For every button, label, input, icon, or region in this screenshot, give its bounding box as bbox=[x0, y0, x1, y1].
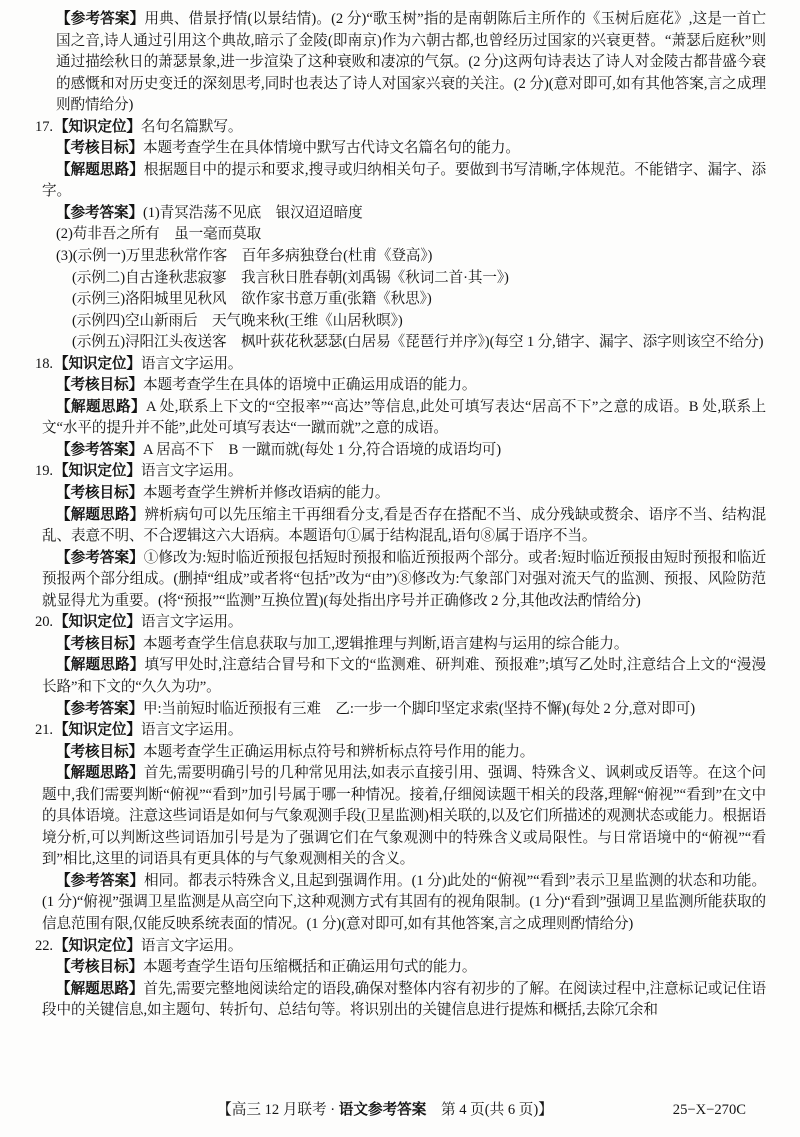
answer-label: 【考核目标】 bbox=[56, 485, 143, 501]
question-item-18: 18.【知识定位】语言文字运用。 【考核目标】本题考查学生在具体的语境中正确运用… bbox=[42, 354, 766, 462]
paragraph: (示例二)自古逢秋悲寂寥 我言秋日胜春朝(刘禹锡《秋词二首·其一》) bbox=[42, 268, 766, 290]
paragraph: 【解题思路】根据题目中的提示和要求,搜寻或归纳相关句子。要做到书写清晰,字体规范… bbox=[42, 160, 766, 203]
paragraph: 【考核目标】本题考查学生信息获取与加工,逻辑推理与判断,语言建构与运用的综合能力… bbox=[42, 634, 766, 656]
item-number: 17. bbox=[35, 119, 54, 135]
item-number: 21. bbox=[35, 722, 54, 738]
question-item-21: 21.【知识定位】语言文字运用。 【考核目标】本题考查学生正确运用标点符号和辨析… bbox=[42, 720, 766, 935]
paragraph: (示例五)浔阳江头夜送客 枫叶荻花秋瑟瑟(白居易《琵琶行并序》)(每空 1 分,… bbox=[42, 332, 766, 354]
footer-page-info: 第 4 页(共 6 页)】 bbox=[426, 1102, 552, 1118]
answer-label: 【知识定位】 bbox=[54, 614, 141, 630]
answer-label: 【参考答案】 bbox=[56, 701, 143, 717]
answer-label: 【参考答案】 bbox=[56, 550, 144, 566]
paragraph: 19.【知识定位】语言文字运用。 bbox=[42, 461, 766, 483]
answer-label: 【参考答案】 bbox=[56, 873, 144, 889]
paragraph: 【解题思路】A 处,联系上下文的“空报率”“高达”等信息,此处可填写表达“居高不… bbox=[42, 397, 766, 440]
item-number: 18. bbox=[35, 356, 54, 372]
answer-label: 【考核目标】 bbox=[56, 636, 143, 652]
answer-label: 【考核目标】 bbox=[56, 744, 143, 760]
paragraph: (示例三)洛阳城里见秋风 欲作家书意万重(张籍《秋思》) bbox=[42, 289, 766, 311]
paragraph-text: 本题考查学生辨析并修改语病的能力。 bbox=[143, 485, 389, 501]
paragraph: 【参考答案】相同。都表示特殊含义,且起到强调作用。(1 分)此处的“俯视”“看到… bbox=[42, 871, 766, 936]
answer-label: 【考核目标】 bbox=[56, 140, 143, 156]
paragraph-text: 根据题目中的提示和要求,搜寻或归纳相关句子。要做到书写清晰,字体规范。不能错字、… bbox=[42, 162, 766, 200]
footer-title-bold: 语文参考答案 bbox=[339, 1102, 427, 1118]
question-item-17: 17.【知识定位】名句名篇默写。 【考核目标】本题考查学生在具体情境中默写古代诗… bbox=[42, 117, 766, 354]
paragraph-text: 用典、借景抒情(以景结情)。(2 分)“歌玉树”指的是南朝陈后主所作的《玉树后庭… bbox=[56, 11, 766, 113]
paragraph-text: (3)(示例一)万里悲秋常作客 百年多病独登台(杜甫《登高》) bbox=[56, 248, 432, 264]
paragraph: 18.【知识定位】语言文字运用。 bbox=[42, 354, 766, 376]
paragraph: 【参考答案】(1)青冥浩荡不见底 银汉迢迢暗度 bbox=[42, 203, 766, 225]
paragraph: (示例四)空山新雨后 天气晚来秋(王维《山居秋暝》) bbox=[42, 311, 766, 333]
paragraph-text: 本题考查学生在具体情境中默写古代诗文名篇名句的能力。 bbox=[143, 140, 520, 156]
answer-label: 【解题思路】 bbox=[56, 399, 146, 415]
paragraph-text: 本题考查学生语句压缩概括和正确运用句式的能力。 bbox=[143, 959, 476, 975]
paragraph: 【考核目标】本题考查学生在具体的语境中正确运用成语的能力。 bbox=[42, 375, 766, 397]
question-item-20: 20.【知识定位】语言文字运用。 【考核目标】本题考查学生信息获取与加工,逻辑推… bbox=[42, 612, 766, 720]
paragraph-text: 首先,需要明确引号的几种常见用法,如表示直接引用、强调、特殊含义、讽刺或反语等。… bbox=[42, 765, 766, 867]
paragraph: 【解题思路】首先,需要完整地阅读给定的语段,确保对整体内容有初步的了解。在阅读过… bbox=[42, 979, 766, 1022]
item-number: 20. bbox=[35, 614, 54, 630]
paragraph: 17.【知识定位】名句名篇默写。 bbox=[42, 117, 766, 139]
paragraph-text: 首先,需要完整地阅读给定的语段,确保对整体内容有初步的了解。在阅读过程中,注意标… bbox=[42, 981, 766, 1019]
answer-label: 【参考答案】 bbox=[56, 11, 144, 27]
paragraph: 【考核目标】本题考查学生在具体情境中默写古代诗文名篇名句的能力。 bbox=[42, 138, 766, 160]
answer-label: 【知识定位】 bbox=[54, 463, 141, 479]
paragraph: 【解题思路】首先,需要明确引号的几种常见用法,如表示直接引用、强调、特殊含义、讽… bbox=[42, 763, 766, 871]
paragraph-text: A 居高不下 B 一蹴而就(每处 1 分,符合语境的成语均可) bbox=[143, 442, 501, 458]
paragraph-text: 本题考查学生信息获取与加工,逻辑推理与判断,语言建构与运用的综合能力。 bbox=[143, 636, 628, 652]
exam-answer-page: 【参考答案】用典、借景抒情(以景结情)。(2 分)“歌玉树”指的是南朝陈后主所作… bbox=[0, 0, 800, 1137]
paragraph-text: A 处,联系上下文的“空报率”“高达”等信息,此处可填写表达“居高不下”之意的成… bbox=[42, 399, 766, 437]
paragraph: 【考核目标】本题考查学生语句压缩概括和正确运用句式的能力。 bbox=[42, 957, 766, 979]
paragraph-text: 本题考查学生正确运用标点符号和辨析标点符号作用的能力。 bbox=[143, 744, 534, 760]
paragraph-text: 相同。都表示特殊含义,且起到强调作用。(1 分)此处的“俯视”“看到”表示卫星监… bbox=[42, 873, 766, 932]
page-footer: 【高三 12 月联考 · 语文参考答案 第 4 页(共 6 页)】 25−X−2… bbox=[0, 1099, 800, 1121]
answer-label: 【解题思路】 bbox=[56, 765, 144, 781]
paragraph: 【参考答案】甲:当前短时临近预报有三难 乙:一步一个脚印坚定求索(坚持不懈)(每… bbox=[42, 699, 766, 721]
paragraph: 21.【知识定位】语言文字运用。 bbox=[42, 720, 766, 742]
answer-label: 【解题思路】 bbox=[56, 981, 143, 997]
answer-label: 【解题思路】 bbox=[56, 162, 144, 178]
footer-title: 【高三 12 月联考 · 语文参考答案 第 4 页(共 6 页)】 bbox=[0, 1099, 785, 1121]
paragraph-text: (示例二)自古逢秋悲寂寥 我言秋日胜春朝(刘禹锡《秋词二首·其一》) bbox=[72, 270, 509, 286]
paragraph-text: 语言文字运用。 bbox=[141, 356, 242, 372]
item-number: 22. bbox=[35, 938, 54, 954]
paragraph-text: (示例三)洛阳城里见秋风 欲作家书意万重(张籍《秋思》) bbox=[72, 291, 432, 307]
answer-label: 【知识定位】 bbox=[54, 119, 141, 135]
paragraph-text: 语言文字运用。 bbox=[141, 722, 242, 738]
paragraph: 【参考答案】用典、借景抒情(以景结情)。(2 分)“歌玉树”指的是南朝陈后主所作… bbox=[42, 9, 766, 117]
paragraph-text: 本题考查学生在具体的语境中正确运用成语的能力。 bbox=[143, 377, 476, 393]
answer-label: 【知识定位】 bbox=[54, 722, 141, 738]
paragraph-text: 名句名篇默写。 bbox=[141, 119, 242, 135]
paragraph-text: (2)苟非吾之所有 虽一毫而莫取 bbox=[56, 226, 261, 242]
paragraph: 【解题思路】辨析病句可以先压缩主干再细看分支,看是否存在搭配不当、成分残缺或赘余… bbox=[42, 505, 766, 548]
paragraph-text: 语言文字运用。 bbox=[141, 938, 242, 954]
paragraph-text: ①修改为:短时临近预报包括短时预报和临近预报两个部分。或者:短时临近预报由短时预… bbox=[42, 550, 766, 609]
answer-label: 【考核目标】 bbox=[56, 377, 143, 393]
question-item-19: 19.【知识定位】语言文字运用。 【考核目标】本题考查学生辨析并修改语病的能力。… bbox=[42, 461, 766, 612]
footer-title-pre: 【高三 12 月联考 · bbox=[217, 1102, 339, 1118]
answer-label: 【解题思路】 bbox=[56, 657, 145, 673]
answer-label: 【参考答案】 bbox=[56, 442, 143, 458]
paragraph: (2)苟非吾之所有 虽一毫而莫取 bbox=[42, 224, 766, 246]
answer-label: 【参考答案】 bbox=[56, 205, 143, 221]
answer-label: 【知识定位】 bbox=[54, 356, 141, 372]
paragraph: 【解题思路】填写甲处时,注意结合冒号和下文的“监测难、研判难、预报难”;填写乙处… bbox=[42, 655, 766, 698]
paragraph: 【参考答案】A 居高不下 B 一蹴而就(每处 1 分,符合语境的成语均可) bbox=[42, 440, 766, 462]
paragraph-text: 甲:当前短时临近预报有三难 乙:一步一个脚印坚定求索(坚持不懈)(每处 2 分,… bbox=[143, 701, 695, 717]
paragraph: (3)(示例一)万里悲秋常作客 百年多病独登台(杜甫《登高》) bbox=[42, 246, 766, 268]
answer-label: 【考核目标】 bbox=[56, 959, 143, 975]
paragraph-text: 辨析病句可以先压缩主干再细看分支,看是否存在搭配不当、成分残缺或赘余、语序不当、… bbox=[42, 507, 766, 545]
paragraph-text: 语言文字运用。 bbox=[141, 614, 242, 630]
paragraph: 22.【知识定位】语言文字运用。 bbox=[42, 936, 766, 958]
paragraph: 20.【知识定位】语言文字运用。 bbox=[42, 612, 766, 634]
answer-label: 【解题思路】 bbox=[56, 507, 144, 523]
paragraph-text: 语言文字运用。 bbox=[141, 463, 242, 479]
paragraph-text: (1)青冥浩荡不见底 银汉迢迢暗度 bbox=[143, 205, 363, 221]
question-16-answer-continuation: 【参考答案】用典、借景抒情(以景结情)。(2 分)“歌玉树”指的是南朝陈后主所作… bbox=[42, 9, 766, 117]
item-number: 19. bbox=[35, 463, 54, 479]
question-item-22: 22.【知识定位】语言文字运用。 【考核目标】本题考查学生语句压缩概括和正确运用… bbox=[42, 936, 766, 1022]
paragraph: 【考核目标】本题考查学生正确运用标点符号和辨析标点符号作用的能力。 bbox=[42, 742, 766, 764]
paragraph: 【参考答案】①修改为:短时临近预报包括短时预报和临近预报两个部分。或者:短时临近… bbox=[42, 548, 766, 613]
paragraph: 【考核目标】本题考查学生辨析并修改语病的能力。 bbox=[42, 483, 766, 505]
paragraph-text: (示例五)浔阳江头夜送客 枫叶荻花秋瑟瑟(白居易《琵琶行并序》)(每空 1 分,… bbox=[72, 334, 763, 350]
footer-paper-code: 25−X−270C bbox=[673, 1099, 746, 1121]
page-content: 【参考答案】用典、借景抒情(以景结情)。(2 分)“歌玉树”指的是南朝陈后主所作… bbox=[0, 0, 800, 1022]
answer-label: 【知识定位】 bbox=[54, 938, 141, 954]
paragraph-text: (示例四)空山新雨后 天气晚来秋(王维《山居秋暝》) bbox=[72, 313, 403, 329]
paragraph-text: 填写甲处时,注意结合冒号和下文的“监测难、研判难、预报难”;填写乙处时,注意结合… bbox=[42, 657, 766, 695]
